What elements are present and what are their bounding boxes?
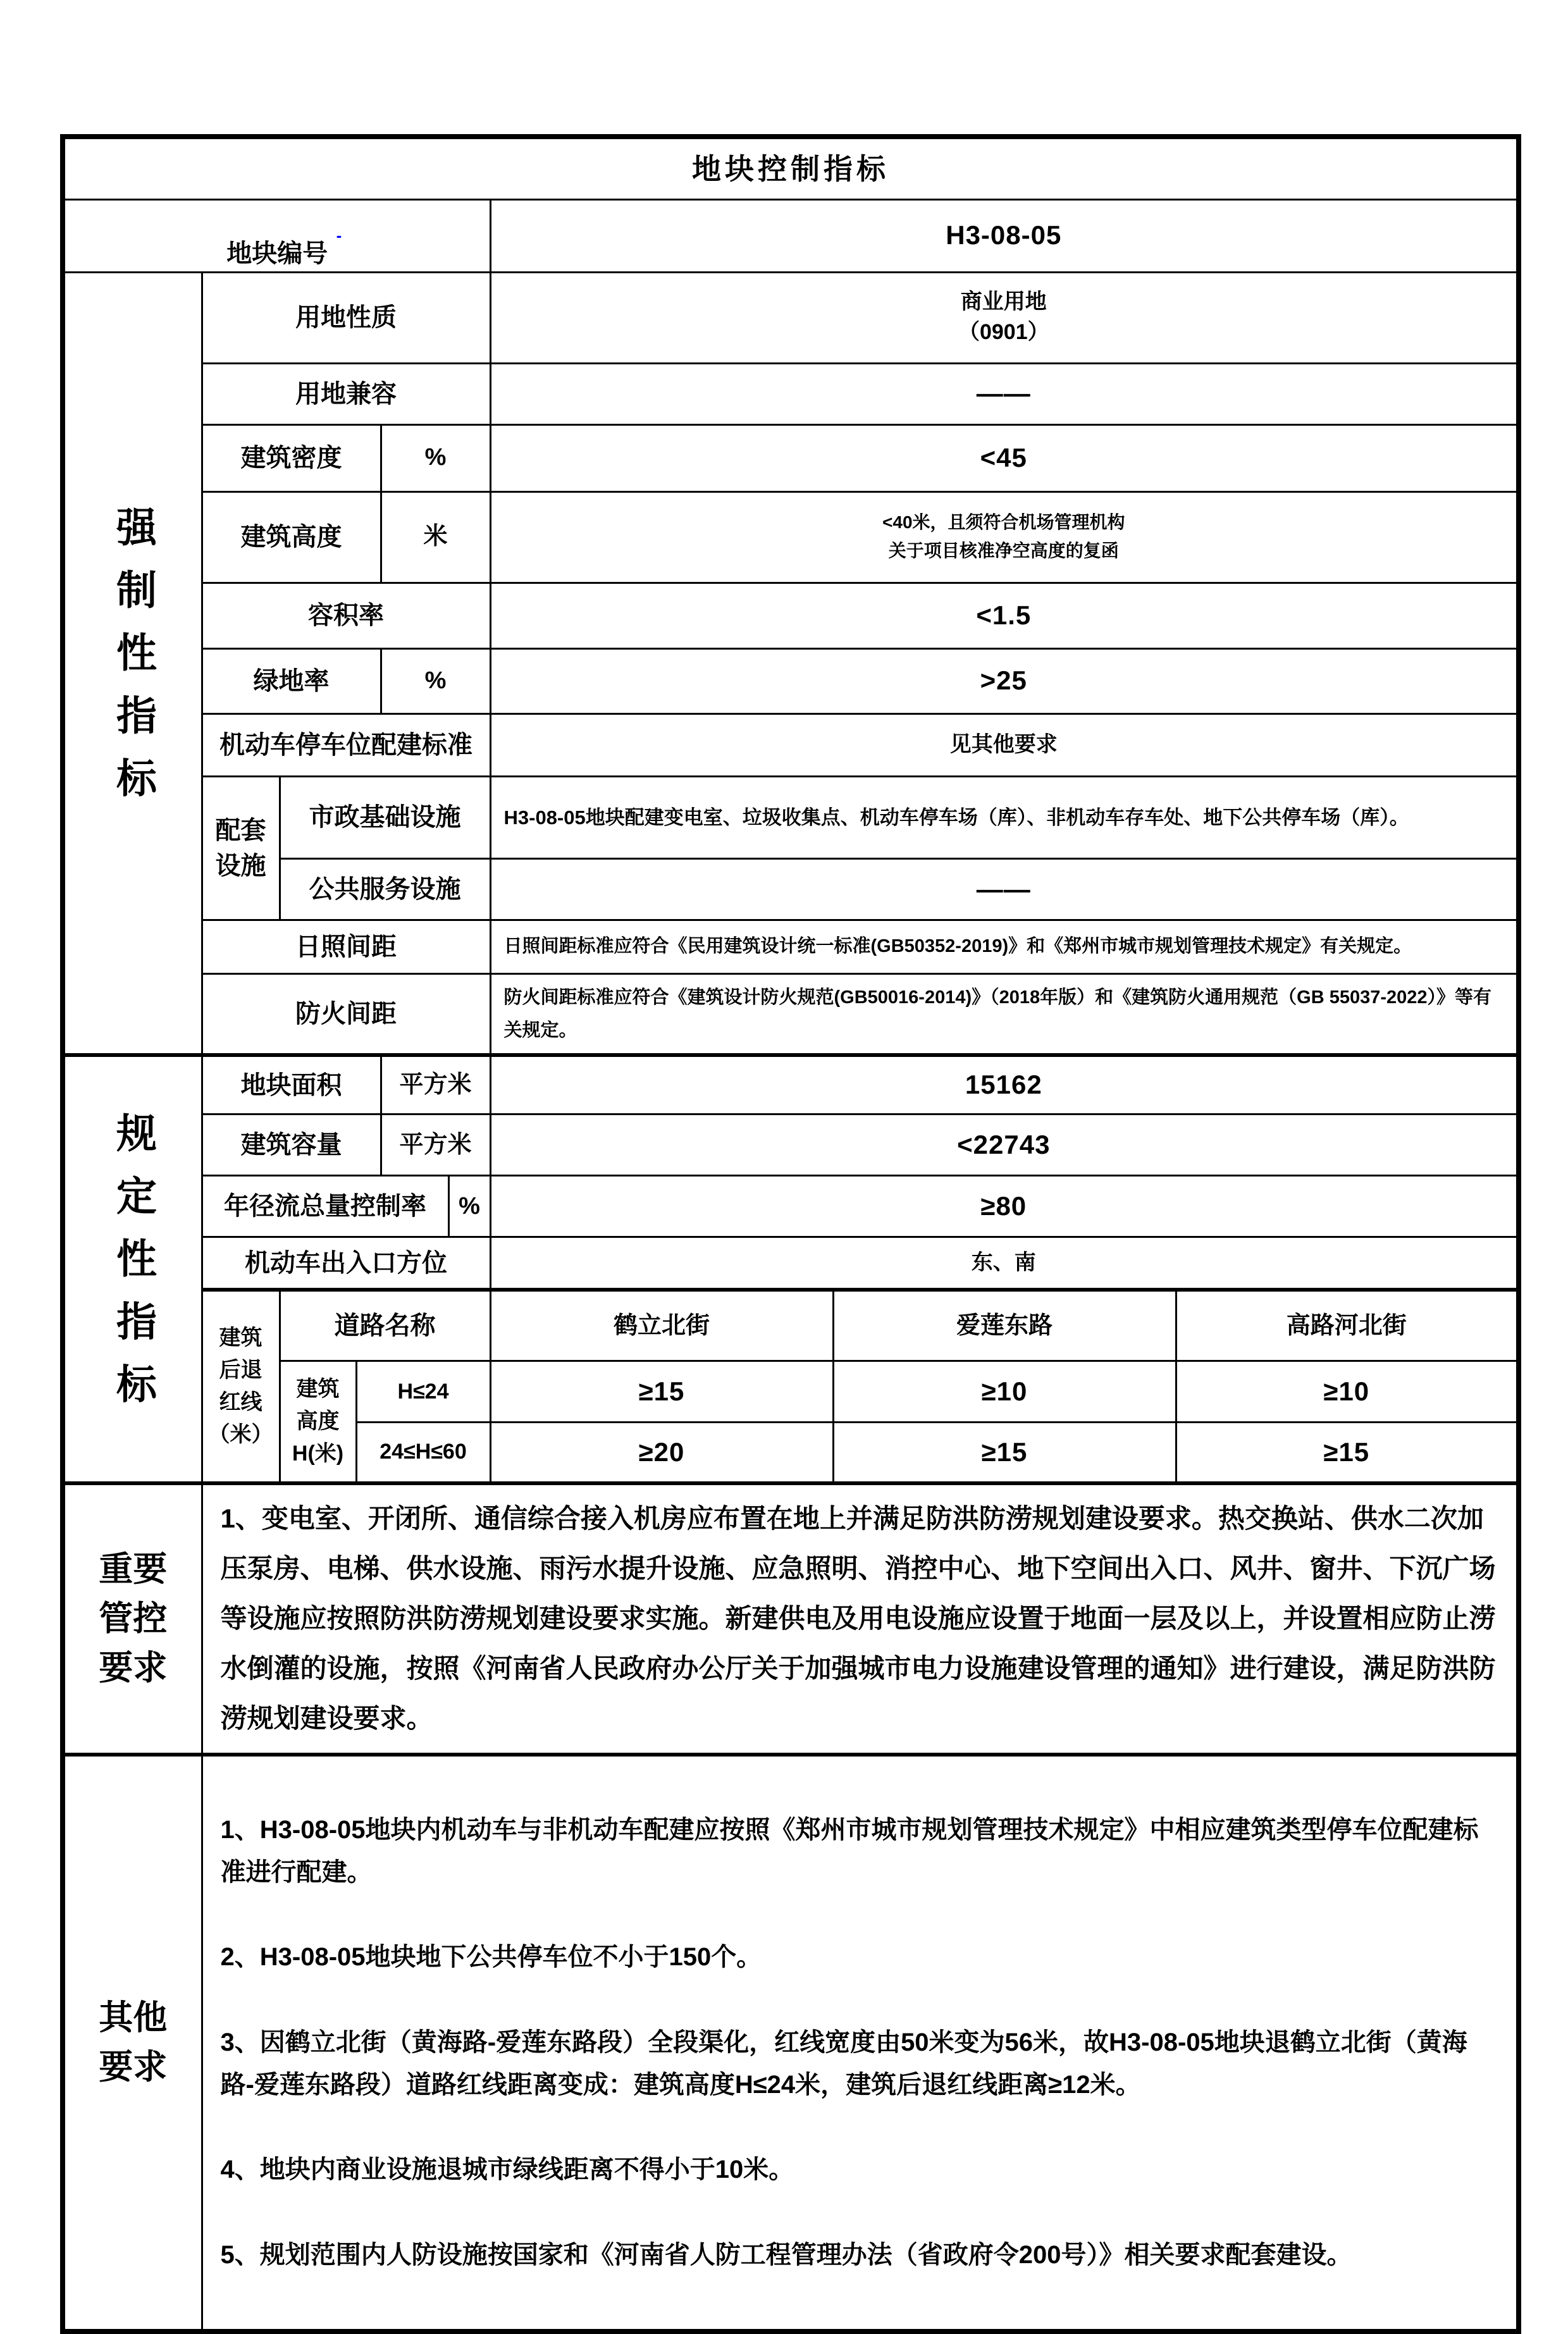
other-requirement-item-4: 4、地块内商业设施退城市绿线距离不得小于10米。 — [221, 2149, 1499, 2191]
plot-number-value: H3-08-05 — [490, 199, 1519, 272]
building-capacity-row: 建筑容量 平方米 <22743 — [63, 1115, 1519, 1176]
density-value: <45 — [490, 424, 1519, 491]
parking-standard-label: 机动车停车位配建标准 — [202, 713, 490, 776]
other-requirements-row: 其他要求 1、H3-08-05地块内机动车与非机动车配建应按照《郑州市城市规划管… — [63, 1755, 1519, 2331]
compatibility-value: —— — [490, 363, 1519, 424]
municipal-facilities-row: 配套设施 市政基础设施 H3-08-05地块配建变电室、垃圾收集点、机动车停车场… — [63, 776, 1519, 859]
other-requirement-item-1: 1、H3-08-05地块内机动车与非机动车配建应按照《郑州市城市规划管理技术规定… — [221, 1809, 1499, 1894]
road-name-header: 道路名称 — [280, 1290, 490, 1361]
building-capacity-label: 建筑容量 — [202, 1115, 381, 1176]
density-unit: % — [381, 424, 490, 491]
setback-value-2-2: ≥15 — [833, 1423, 1176, 1483]
setback-value-1-1: ≥15 — [490, 1361, 833, 1423]
runoff-control-value: ≥80 — [490, 1176, 1519, 1237]
plot-number-row: 地块编号- H3-08-05 — [63, 199, 1519, 272]
plot-control-sheet: 地块控制指标 地块编号- H3-08-05 强制性指标 用地性质 商业用地 （0… — [60, 134, 1521, 2334]
plot-area-unit: 平方米 — [381, 1055, 490, 1115]
page: { "title": "地块控制指标", "plot_number": { "l… — [0, 0, 1568, 2219]
density-row: 建筑密度 % <45 — [63, 424, 1519, 491]
green-rate-label: 绿地率 — [202, 648, 381, 713]
road-name-header-row: 建筑 后退 红线 （米） 道路名称 鹤立北街 爱莲东路 高路河北街 — [63, 1290, 1519, 1361]
building-capacity-value: <22743 — [490, 1115, 1519, 1176]
section-label-key-control: 重要管控要求 — [63, 1483, 202, 1755]
setback-value-1-3: ≥10 — [1176, 1361, 1519, 1423]
vehicle-entrance-row: 机动车出入口方位 东、南 — [63, 1237, 1519, 1290]
setback-redline-label: 建筑 后退 红线 （米） — [202, 1290, 280, 1483]
green-rate-row: 绿地率 % >25 — [63, 648, 1519, 713]
building-height-row: 建筑高度 米 <40米，且须符合机场管理机构 关于项目核准净空高度的复函 — [63, 491, 1519, 583]
compatibility-row: 用地兼容 —— — [63, 363, 1519, 424]
parking-standard-value: 见其他要求 — [490, 713, 1519, 776]
section-label-prescriptive: 规定性指标 — [63, 1055, 202, 1483]
stray-revision-mark: - — [336, 227, 342, 244]
runoff-control-label: 年径流总量控制率 — [202, 1176, 448, 1237]
municipal-facilities-value: H3-08-05地块配建变电室、垃圾收集点、机动车停车场（库）、非机动车存车处、… — [490, 776, 1519, 859]
other-requirement-item-5: 5、规划范围内人防设施按国家和《河南省人防工程管理办法（省政府令200号）》相关… — [221, 2234, 1499, 2276]
plot-area-value: 15162 — [490, 1055, 1519, 1115]
setback-condition-1: H≤24 — [356, 1361, 490, 1423]
supporting-facilities-label: 配套设施 — [202, 776, 280, 920]
setback-condition-2: 24≤H≤60 — [356, 1423, 490, 1483]
fire-spacing-label: 防火间距 — [202, 973, 490, 1055]
far-value: <1.5 — [490, 583, 1519, 648]
green-rate-unit: % — [381, 648, 490, 713]
setback-value-1-2: ≥10 — [833, 1361, 1176, 1423]
fire-spacing-value: 防火间距标准应符合《建筑设计防火规范(GB50016-2014)》（2018年版… — [490, 973, 1519, 1055]
far-label: 容积率 — [202, 583, 490, 648]
vehicle-entrance-label: 机动车出入口方位 — [202, 1237, 490, 1290]
key-control-row: 重要管控要求 1、变电室、开闭所、通信综合接入机房应布置在地上并满足防洪防涝规划… — [63, 1483, 1519, 1755]
road-name-1: 鹤立北街 — [490, 1290, 833, 1361]
parking-standard-row: 机动车停车位配建标准 见其他要求 — [63, 713, 1519, 776]
section-label-other: 其他要求 — [63, 1755, 202, 2331]
plot-number-label: 地块编号- — [226, 236, 328, 271]
green-rate-value: >25 — [490, 648, 1519, 713]
building-capacity-unit: 平方米 — [381, 1115, 490, 1176]
setback-value-2-1: ≥20 — [490, 1423, 833, 1483]
road-name-2: 爱莲东路 — [833, 1290, 1176, 1361]
other-requirements-text: 1、H3-08-05地块内机动车与非机动车配建应按照《郑州市城市规划管理技术规定… — [202, 1755, 1519, 2331]
plot-area-label: 地块面积 — [202, 1055, 381, 1115]
vehicle-entrance-value: 东、南 — [490, 1237, 1519, 1290]
building-height-unit: 米 — [381, 491, 490, 583]
land-use-value: 商业用地 （0901） — [490, 272, 1519, 363]
section-label-mandatory: 强制性指标 — [63, 272, 202, 1055]
public-service-label: 公共服务设施 — [280, 859, 490, 920]
setback-height-label: 建筑 高度 H(米) — [280, 1361, 356, 1483]
sunlight-spacing-label: 日照间距 — [202, 920, 490, 973]
sunlight-spacing-row: 日照间距 日照间距标准应符合《民用建筑设计统一标准(GB50352-2019)》… — [63, 920, 1519, 973]
public-service-row: 公共服务设施 —— — [63, 859, 1519, 920]
key-control-text: 1、变电室、开闭所、通信综合接入机房应布置在地上并满足防洪防涝规划建设要求。热交… — [202, 1483, 1519, 1755]
sunlight-spacing-value: 日照间距标准应符合《民用建筑设计统一标准(GB50352-2019)》和《郑州市… — [490, 920, 1519, 973]
plot-number-label-cell: 地块编号- — [63, 199, 490, 272]
building-height-label: 建筑高度 — [202, 491, 381, 583]
compatibility-label: 用地兼容 — [202, 363, 490, 424]
fire-spacing-row: 防火间距 防火间距标准应符合《建筑设计防火规范(GB50016-2014)》（2… — [63, 973, 1519, 1055]
land-use-row: 强制性指标 用地性质 商业用地 （0901） — [63, 272, 1519, 363]
other-requirement-item-2: 2、H3-08-05地块地下公共停车位不小于150个。 — [221, 1936, 1499, 1979]
runoff-control-unit: % — [448, 1176, 490, 1237]
public-service-value: —— — [490, 859, 1519, 920]
municipal-facilities-label: 市政基础设施 — [280, 776, 490, 859]
plot-area-row: 规定性指标 地块面积 平方米 15162 — [63, 1055, 1519, 1115]
building-height-value: <40米，且须符合机场管理机构 关于项目核准净空高度的复函 — [490, 491, 1519, 583]
plot-control-table: 地块控制指标 地块编号- H3-08-05 强制性指标 用地性质 商业用地 （0… — [60, 134, 1521, 2334]
title-row: 地块控制指标 — [63, 137, 1519, 199]
setback-row-h24: 建筑 高度 H(米) H≤24 ≥15 ≥10 ≥10 — [63, 1361, 1519, 1423]
road-name-3: 高路河北街 — [1176, 1290, 1519, 1361]
land-use-label: 用地性质 — [202, 272, 490, 363]
density-label: 建筑密度 — [202, 424, 381, 491]
page-title: 地块控制指标 — [63, 137, 1519, 199]
setback-value-2-3: ≥15 — [1176, 1423, 1519, 1483]
runoff-control-row: 年径流总量控制率 % ≥80 — [63, 1176, 1519, 1237]
far-row: 容积率 <1.5 — [63, 583, 1519, 648]
other-requirement-item-3: 3、因鹤立北街（黄海路-爱莲东路段）全段渠化，红线宽度由50米变为56米，故H3… — [221, 2022, 1499, 2106]
